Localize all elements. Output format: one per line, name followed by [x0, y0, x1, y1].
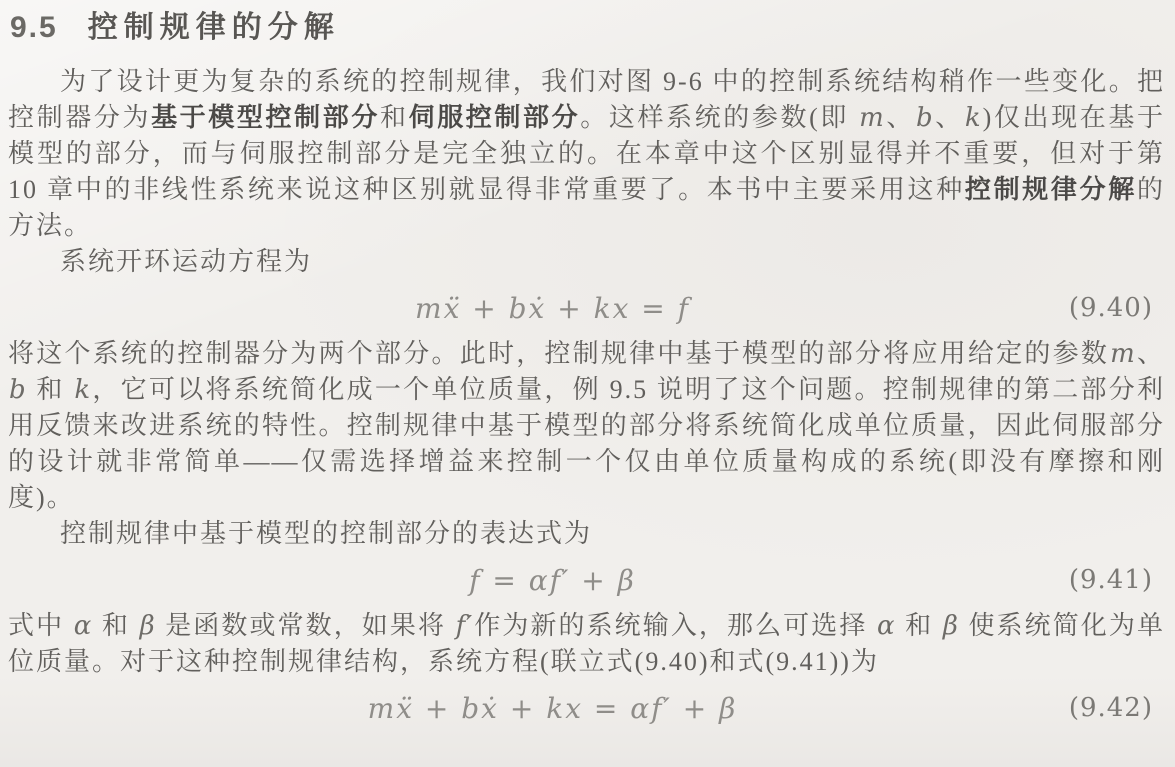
text-run: 式中: [8, 611, 73, 640]
paragraph-two-parts: 将这个系统的控制器分为两个部分。此时，控制规律中基于模型的部分将应用给定的参数m…: [8, 336, 1165, 516]
text-run: ，它可以将系统简化成一个单位质量，例 9.5 说明了这个问题。控制规律的第二部分…: [8, 375, 1165, 512]
equation-expression: mẍ + bẋ + kx = f: [415, 292, 690, 325]
math-var-b: b: [915, 103, 935, 133]
math-var-m: m: [1109, 339, 1137, 369]
math-var-beta: β: [139, 611, 157, 641]
math-var-alpha: α: [73, 611, 94, 641]
text-run: 、: [886, 103, 915, 132]
text-run: 和: [93, 611, 138, 640]
section-number: 9.5: [10, 8, 58, 48]
section-title: 控制规律的分解: [88, 8, 340, 48]
equation-9-42: mẍ + bẋ + kx = αf′ + β (9.42): [8, 680, 1165, 736]
text-run: 、: [1137, 339, 1165, 368]
paragraph-alpha-beta: 式中 α 和 β 是函数或常数，如果将 f′作为新的系统输入，那么可选择 α 和…: [8, 608, 1165, 680]
text-run: 和: [380, 103, 409, 132]
equation-number: (9.41): [1069, 565, 1153, 595]
paragraph-model-based-lead-in: 控制规律中基于模型的控制部分的表达式为: [8, 516, 1165, 552]
equation-expression: mẍ + bẋ + kx = αf′ + β: [368, 692, 738, 725]
section-heading: 9.5 控制规律的分解: [10, 8, 1165, 48]
math-var-beta: β: [942, 611, 960, 641]
text-run: 是函数或常数，如果将: [157, 611, 455, 640]
math-var-alpha: α: [876, 611, 897, 641]
text-run: 和: [897, 611, 942, 640]
equation-expression: f = αf′ + β: [469, 564, 636, 597]
bold-term-servo-control: 伺服控制部分: [409, 103, 581, 132]
equation-9-41: f = αf′ + β (9.41): [8, 552, 1165, 608]
math-var-k: k: [73, 375, 92, 405]
equation-9-40: mẍ + bẋ + kx = f (9.40): [8, 280, 1165, 336]
math-var-m: m: [858, 103, 886, 133]
paragraph-open-loop-lead-in: 系统开环运动方程为: [8, 244, 1165, 280]
math-var-k: k: [964, 103, 983, 133]
math-var-b: b: [8, 375, 28, 405]
text-run: 。这样系统的参数(即: [580, 103, 858, 132]
textbook-page: 9.5 控制规律的分解 为了设计更为复杂的系统的控制规律，我们对图 9-6 中的…: [0, 0, 1175, 767]
text-run: 作为新的系统输入，那么可选择: [474, 611, 876, 640]
text-run: 将这个系统的控制器分为两个部分。此时，控制规律中基于模型的部分将应用给定的参数: [8, 339, 1109, 368]
equation-number: (9.42): [1069, 693, 1153, 723]
text-run: 和: [28, 375, 74, 404]
text-run: 、: [935, 103, 964, 132]
bold-term-control-law-decomposition: 控制规律分解: [965, 175, 1137, 204]
math-var-f-prime: f′: [455, 611, 475, 641]
bold-term-model-based-control: 基于模型控制部分: [151, 103, 380, 132]
equation-number: (9.40): [1069, 293, 1153, 323]
paragraph-intro: 为了设计更为复杂的系统的控制规律，我们对图 9-6 中的控制系统结构稍作一些变化…: [8, 64, 1165, 244]
